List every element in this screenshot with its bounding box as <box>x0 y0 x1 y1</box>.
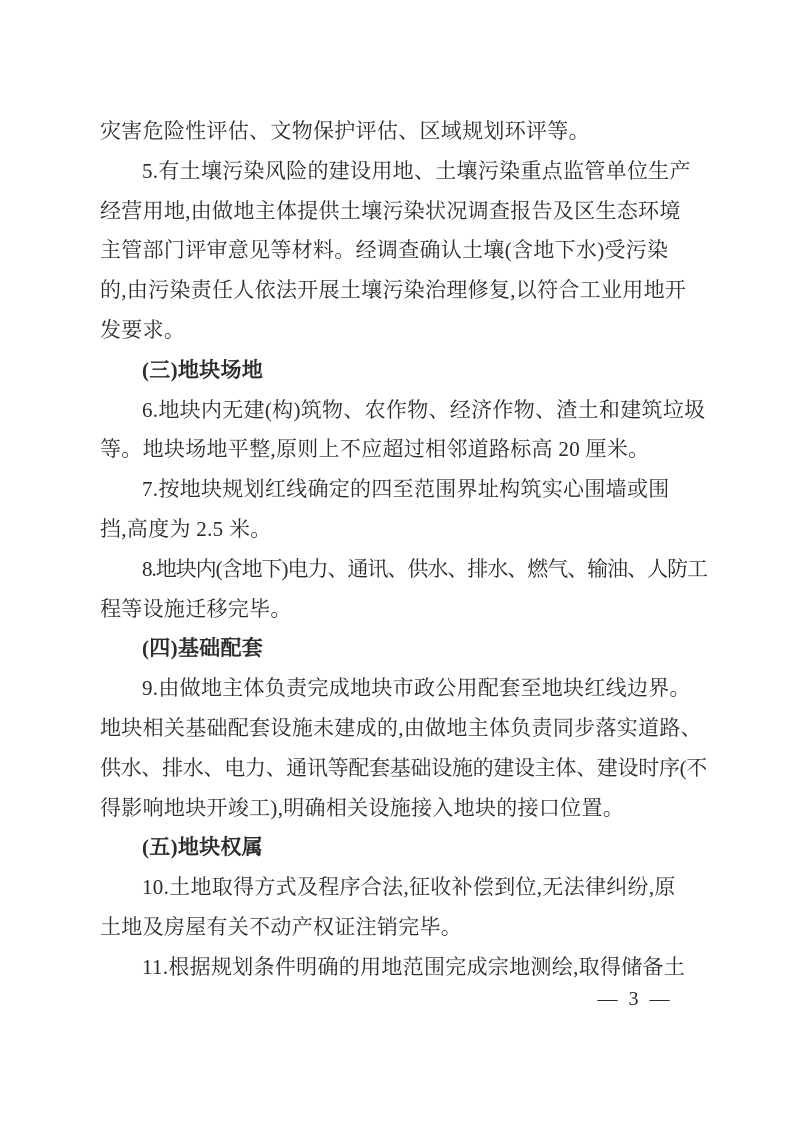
text-line: 7.按地块规划红线确定的四至范围界址构筑实心围墙或围 <box>100 470 707 510</box>
text-line: 灾害危险性评估、文物保护评估、区域规划环评等。 <box>100 112 707 152</box>
text-line: 程等设施迁移完毕。 <box>100 590 707 630</box>
text-line: 经营用地,由做地主体提供土壤污染状况调查报告及区生态环境 <box>100 192 707 232</box>
text-line: 供水、排水、电力、通讯等配套基础设施的建设主体、建设时序(不 <box>100 749 707 789</box>
text-line: 地块相关基础配套设施未建成的,由做地主体负责同步落实道路、 <box>100 709 707 749</box>
section-heading: (四)基础配套 <box>100 629 707 669</box>
text-line: 8.地块内(含地下)电力、通讯、供水、排水、燃气、输油、人防工 <box>100 550 707 590</box>
text-line: 等。地块场地平整,原则上不应超过相邻道路标高 20 厘米。 <box>100 430 707 470</box>
document-page: 灾害危险性评估、文物保护评估、区域规划环评等。5.有土壤污染风险的建设用地、土壤… <box>0 0 800 1132</box>
text-line: 5.有土壤污染风险的建设用地、土壤污染重点监管单位生产 <box>100 152 707 192</box>
text-line: 发要求。 <box>100 311 707 351</box>
text-line: 10.土地取得方式及程序合法,征收补偿到位,无法律纠纷,原 <box>100 868 707 908</box>
section-heading: (三)地块场地 <box>100 351 707 391</box>
text-line: 得影响地块开竣工),明确相关设施接入地块的接口位置。 <box>100 789 707 829</box>
text-line: 土地及房屋有关不动产权证注销完毕。 <box>100 908 707 948</box>
text-line: 6.地块内无建(构)筑物、农作物、经济作物、渣土和建筑垃圾 <box>100 391 707 431</box>
text-line: 的,由污染责任人依法开展土壤污染治理修复,以符合工业用地开 <box>100 271 707 311</box>
text-line: 9.由做地主体负责完成地块市政公用配套至地块红线边界。 <box>100 669 707 709</box>
text-line: 11.根据规划条件明确的用地范围完成宗地测绘,取得储备土 <box>100 948 707 988</box>
page-number: — 3 — <box>567 984 703 1014</box>
text-line: 主管部门评审意见等材料。经调查确认土壤(含地下水)受污染 <box>100 231 707 271</box>
text-line: 挡,高度为 2.5 米。 <box>100 510 707 550</box>
section-heading: (五)地块权属 <box>100 828 707 868</box>
body-text: 灾害危险性评估、文物保护评估、区域规划环评等。5.有土壤污染风险的建设用地、土壤… <box>100 112 707 988</box>
